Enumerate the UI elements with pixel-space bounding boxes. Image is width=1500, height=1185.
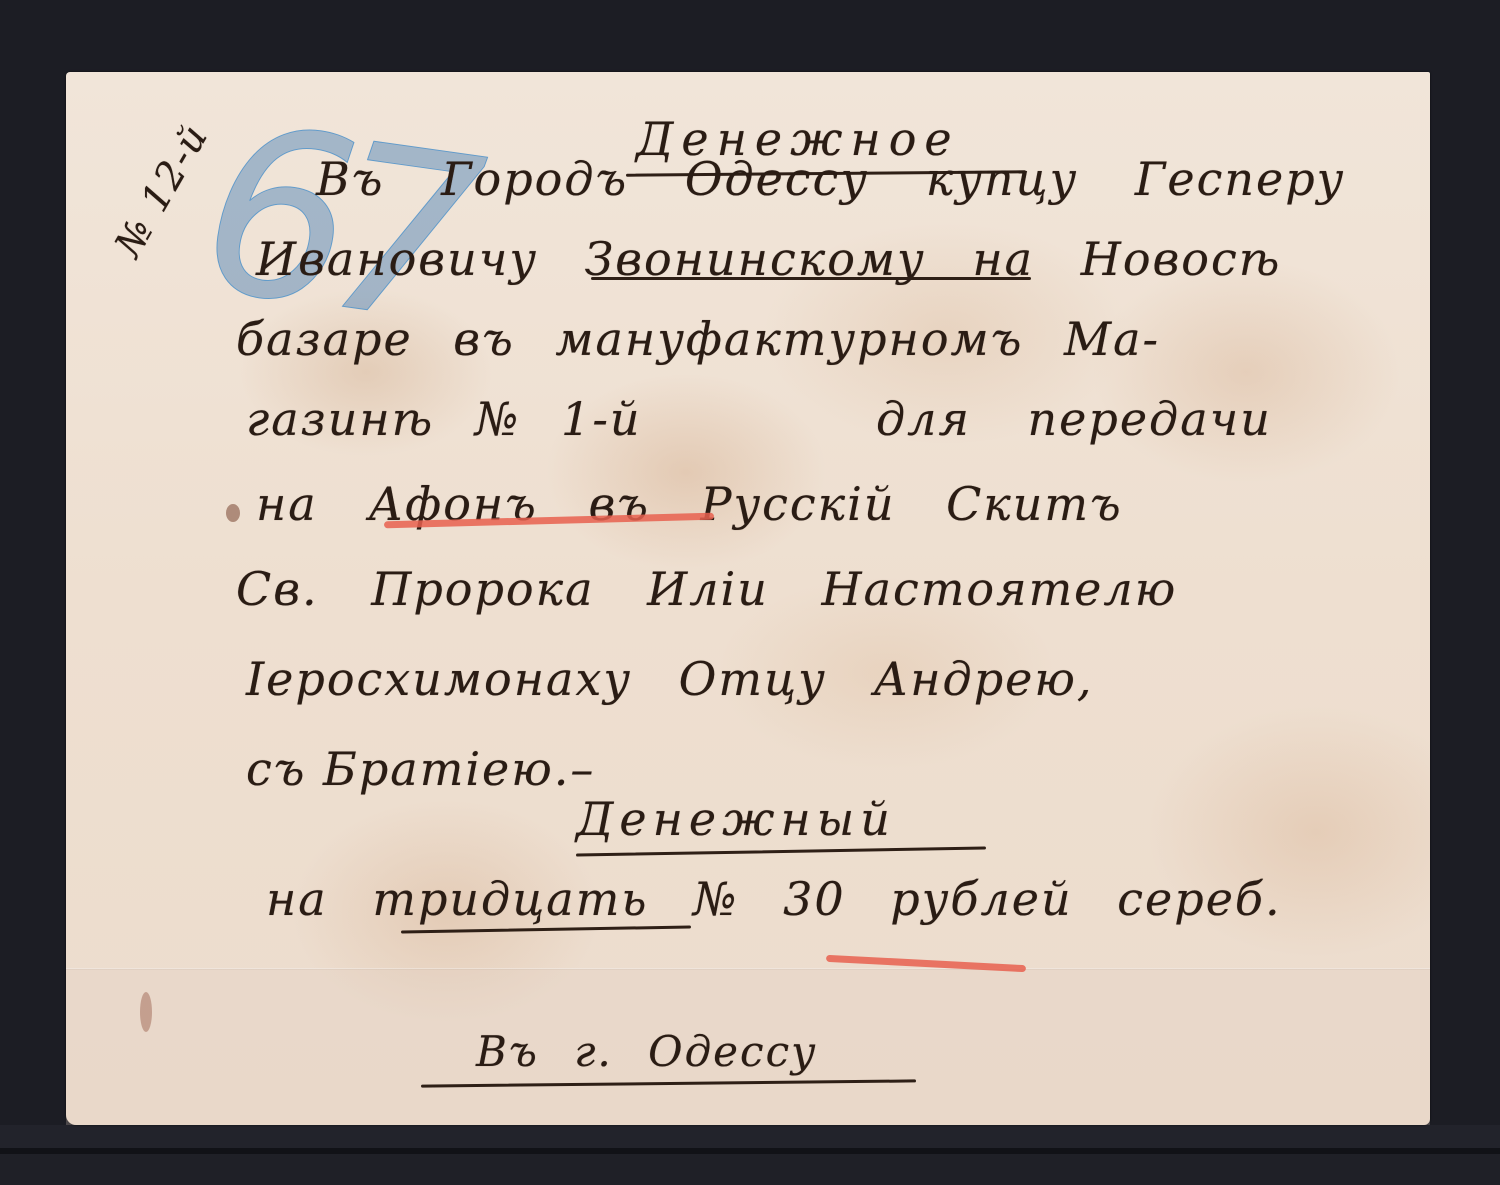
destination-line: Въ г. Одессу <box>476 1027 817 1076</box>
margin-note-number: № 12-й <box>106 116 217 264</box>
address-line-1: Въ Городъ Одессу купцу Гесперу <box>316 152 1345 206</box>
address-line-7: Іеросхимонаху Отцу Андрею, <box>246 652 1093 706</box>
background-lower <box>0 1154 1500 1185</box>
address-line-2-underline <box>591 277 1031 280</box>
amount-line: на тридцать № 30 рублей сереб. <box>266 872 1282 926</box>
address-line-3: базаре въ мануфактурномъ Ма- <box>236 312 1160 366</box>
envelope: 67 № 12-й Денежное Въ Городъ Одессу купц… <box>66 72 1430 1125</box>
address-line-4b: для передачи <box>876 392 1272 446</box>
money-label-underline <box>576 846 986 856</box>
ink-smudge <box>226 504 240 522</box>
money-label: Денежный <box>576 792 896 846</box>
ink-smudge-left <box>140 992 152 1032</box>
amount-underline <box>401 925 691 933</box>
background-strip <box>0 1125 1500 1148</box>
address-line-8: съ Братіею.– <box>246 742 595 796</box>
address-line-6: Св. Пророка Иліи Настоятелю <box>236 562 1177 616</box>
address-line-4: газинѣ № 1-й <box>246 392 641 446</box>
